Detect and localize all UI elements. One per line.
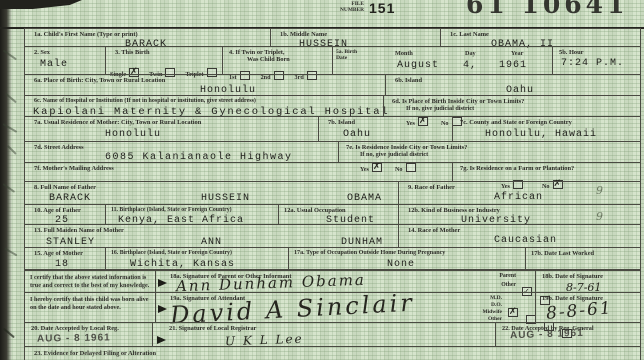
field-14-value: Caucasian bbox=[494, 236, 641, 246]
field-17a-label: 17a. Type of Occupation Outside Home Dur… bbox=[289, 248, 525, 257]
field-10: 10. Age of Father 25 bbox=[24, 204, 105, 224]
field-7b-label: 7b. Island bbox=[319, 117, 452, 126]
field-6b-label: 6b. Island bbox=[386, 75, 641, 84]
field-1c: 1c. Last Name OBAMA, II bbox=[440, 28, 641, 46]
field-5a: 5a. Birth Date Month Day Year August 4, … bbox=[332, 46, 552, 74]
attendant-certification-text: I hereby certify that this child was bor… bbox=[25, 293, 155, 311]
file-number-value: 151 bbox=[369, 0, 395, 16]
field-12a: 12a. Usual Occupation Student bbox=[278, 204, 398, 224]
field-22-value: AUG - 8 1961 bbox=[510, 328, 584, 342]
file-number-label: FILE NUMBER bbox=[330, 2, 364, 14]
field-19b: 19b. Date of Signature 8-8-61 bbox=[535, 292, 641, 322]
father-middle-name: HUSSEIN bbox=[201, 194, 250, 204]
field-7a: 7a. Usual Residence of Mother: City, Tow… bbox=[24, 116, 318, 141]
field-6c: 6c. Name of Hospital or Institution (If … bbox=[24, 95, 383, 116]
field-15: 15. Age of Mother 18 bbox=[24, 247, 105, 269]
midwife-checkbox-label: Midwife bbox=[472, 309, 502, 316]
field-7f: 7f. Mother's Mailing Address bbox=[24, 162, 452, 181]
parent-checkbox-label: Parent bbox=[484, 273, 516, 279]
father-first-name: BARACK bbox=[49, 194, 91, 204]
field-7f-label: 7f. Mother's Mailing Address bbox=[25, 163, 452, 172]
field-3-label: 3. This Birth bbox=[106, 47, 222, 56]
birth-day-value: 4, bbox=[463, 61, 477, 71]
field-9-value: African bbox=[494, 193, 641, 203]
field-18b-label: 18b. Date of Signature bbox=[536, 271, 641, 280]
birth-month-value: August bbox=[397, 61, 439, 71]
md-checkbox-checked bbox=[508, 308, 518, 317]
field-19b-value: 8-8-61 bbox=[545, 298, 613, 324]
field-7e-line2: If no, give judicial district bbox=[360, 151, 641, 158]
informant-certification: I certify that the above stated informat… bbox=[24, 269, 155, 292]
field-1b-label: 1b. Middle Name bbox=[271, 29, 440, 38]
field-7e-line1: 7e. Is Residence Inside City or Town Lim… bbox=[339, 142, 641, 151]
field-10-label: 10. Age of Father bbox=[25, 205, 105, 214]
arrow-icon bbox=[157, 336, 166, 344]
field-19a: 19a. Signature of Attendant David A Sinc… bbox=[155, 292, 535, 322]
field-2: 2. Sex Male bbox=[24, 46, 105, 74]
md-checkbox-label: M.D. bbox=[472, 295, 502, 302]
arrow-icon bbox=[158, 279, 167, 287]
father-last-name: OBAMA bbox=[347, 194, 382, 204]
field-15-label: 15. Age of Mother bbox=[25, 248, 105, 257]
field-4-label-line1: 4. If Twin or Triplet, bbox=[223, 47, 332, 56]
field-7e: 7e. Is Residence Inside City or Town Lim… bbox=[338, 141, 641, 162]
field-8-label: 8. Full Name of Father bbox=[25, 182, 398, 191]
other-checkbox-label: Other bbox=[484, 282, 516, 288]
field-13: 13. Full Maiden Name of Mother STANLEY A… bbox=[24, 224, 398, 247]
field-8: 8. Full Name of Father BARACK HUSSEIN OB… bbox=[24, 181, 398, 204]
field-22: 22. Date Accepted by Reg. General AUG - … bbox=[495, 322, 641, 346]
do-checkbox-label: D.O. bbox=[472, 302, 502, 309]
birth-hour-value: 7:24 P.M. bbox=[561, 59, 641, 69]
birth-certificate-document: FILE NUMBER 151 61 10641 1a. Child's Fir… bbox=[0, 0, 644, 360]
field-6b: 6b. Island Oahu bbox=[385, 74, 641, 95]
field-11-label: 11. Birthplace (Island, State or Foreign… bbox=[106, 205, 278, 214]
field-18b: 18b. Date of Signature 8-7-61 bbox=[535, 269, 641, 292]
field-5b-label: 5b. Hour bbox=[553, 47, 641, 56]
pencil-annotation: 9 bbox=[596, 210, 603, 223]
field-7c-value: Honolulu, Hawaii bbox=[485, 130, 641, 140]
attendant-certification: I hereby certify that this child was bor… bbox=[24, 292, 155, 322]
field-5b: 5b. Hour 7:24 P.M. bbox=[552, 46, 641, 74]
arrow-icon bbox=[158, 305, 167, 313]
attendant-type-labels: M.D. D.O. Midwife Other bbox=[472, 295, 502, 323]
field-20-value: AUG - 8 1961 bbox=[37, 332, 111, 344]
month-header: Month bbox=[395, 50, 413, 57]
field-9: 9. Race of Father African bbox=[398, 181, 641, 204]
field-1a-label: 1a. Child's First Name (Type or print) bbox=[25, 29, 270, 38]
field-12b: 12b. Kind of Business or Industry Univer… bbox=[398, 204, 641, 224]
field-12b-label: 12b. Kind of Business or Industry bbox=[399, 205, 641, 214]
field-7b: 7b. Island Oahu bbox=[318, 116, 452, 141]
field-7g: 7g. Is Residence on a Farm or Plantation… bbox=[452, 162, 641, 181]
field-23-label: 23. Evidence for Delayed Filing or Alter… bbox=[25, 347, 641, 357]
field-4: 4. If Twin or Triplet, Was Child Born 1s… bbox=[222, 46, 332, 74]
scan-top-left-edge bbox=[0, 0, 82, 9]
field-5a-label: 5a. Birth Date bbox=[336, 49, 364, 61]
field-13-label: 13. Full Maiden Name of Mother bbox=[25, 225, 398, 234]
pencil-annotation: 9 bbox=[596, 184, 603, 197]
field-21: 21. Signature of Local Registrar U K L L… bbox=[152, 322, 495, 346]
birth-year-value: 1961 bbox=[499, 61, 527, 71]
field-6a-label: 6a. Place of Birth: City, Town or Rural … bbox=[25, 75, 385, 84]
field-6d-line2: If no, give judicial district bbox=[406, 105, 641, 112]
year-header: Year bbox=[511, 50, 523, 57]
field-2-label: 2. Sex bbox=[25, 47, 105, 56]
field-20-label: 20. Date Accepted by Local Reg. bbox=[25, 323, 152, 332]
field-7d-label: 7d. Street Address bbox=[25, 142, 338, 151]
certificate-number-stamp: 61 10641 bbox=[466, 0, 628, 19]
field-16-label: 16. Birthplace (Island, State or Foreign… bbox=[106, 248, 288, 257]
day-header: Day bbox=[465, 50, 476, 57]
field-20: 20. Date Accepted by Local Reg. AUG - 8 … bbox=[24, 322, 152, 346]
field-17b: 17b. Date Last Worked bbox=[525, 247, 641, 269]
field-12a-label: 12a. Usual Occupation bbox=[279, 205, 398, 214]
field-16: 16. Birthplace (Island, State or Foreign… bbox=[105, 247, 288, 269]
field-1c-label: 1c. Last Name bbox=[441, 29, 641, 38]
field-14: 14. Race of Mother Caucasian bbox=[398, 224, 641, 247]
field-9-label: 9. Race of Father bbox=[399, 182, 641, 191]
field-23: 23. Evidence for Delayed Filing or Alter… bbox=[24, 346, 641, 360]
number-word: NUMBER bbox=[330, 8, 364, 14]
field-4-label-line2: Was Child Born bbox=[247, 56, 332, 63]
field-6c-label: 6c. Name of Hospital or Institution (If … bbox=[25, 96, 383, 105]
field-18a: 18a. Signature of Parent or Other Inform… bbox=[155, 269, 535, 292]
field-2-value: Male bbox=[40, 60, 105, 70]
field-7d: 7d. Street Address 6085 Kalanianaole Hig… bbox=[24, 141, 338, 162]
field-1a: 1a. Child's First Name (Type or print) B… bbox=[24, 28, 270, 46]
field-6d-line1: 6d. Is Place of Birth Inside City or Tow… bbox=[384, 96, 641, 105]
field-7a-value: Honolulu bbox=[105, 130, 318, 140]
field-17b-label: 17b. Date Last Worked bbox=[526, 248, 641, 257]
field-14-label: 14. Race of Mother bbox=[399, 225, 641, 234]
field-1b: 1b. Middle Name HUSSEIN bbox=[270, 28, 440, 46]
field-6d: 6d. Is Place of Birth Inside City or Tow… bbox=[383, 95, 641, 116]
field-3: 3. This Birth Single Twin Triplet bbox=[105, 46, 222, 74]
field-7g-label: 7g. Is Residence on a Farm or Plantation… bbox=[453, 163, 641, 172]
field-7a-label: 7a. Usual Residence of Mother: City, Tow… bbox=[25, 117, 318, 126]
field-7b-value: Oahu bbox=[343, 130, 452, 140]
field-21-label: 21. Signature of Local Registrar bbox=[153, 323, 495, 332]
field-11: 11. Birthplace (Island, State or Foreign… bbox=[105, 204, 278, 224]
field-7c-label: 7c. County and State or Foreign Country bbox=[453, 117, 641, 126]
field-6a: 6a. Place of Birth: City, Town or Rural … bbox=[24, 74, 385, 95]
field-17a: 17a. Type of Occupation Outside Home Dur… bbox=[288, 247, 525, 269]
field-7c: 7c. County and State or Foreign Country … bbox=[452, 116, 641, 141]
informant-certification-text: I certify that the above stated informat… bbox=[25, 271, 155, 289]
